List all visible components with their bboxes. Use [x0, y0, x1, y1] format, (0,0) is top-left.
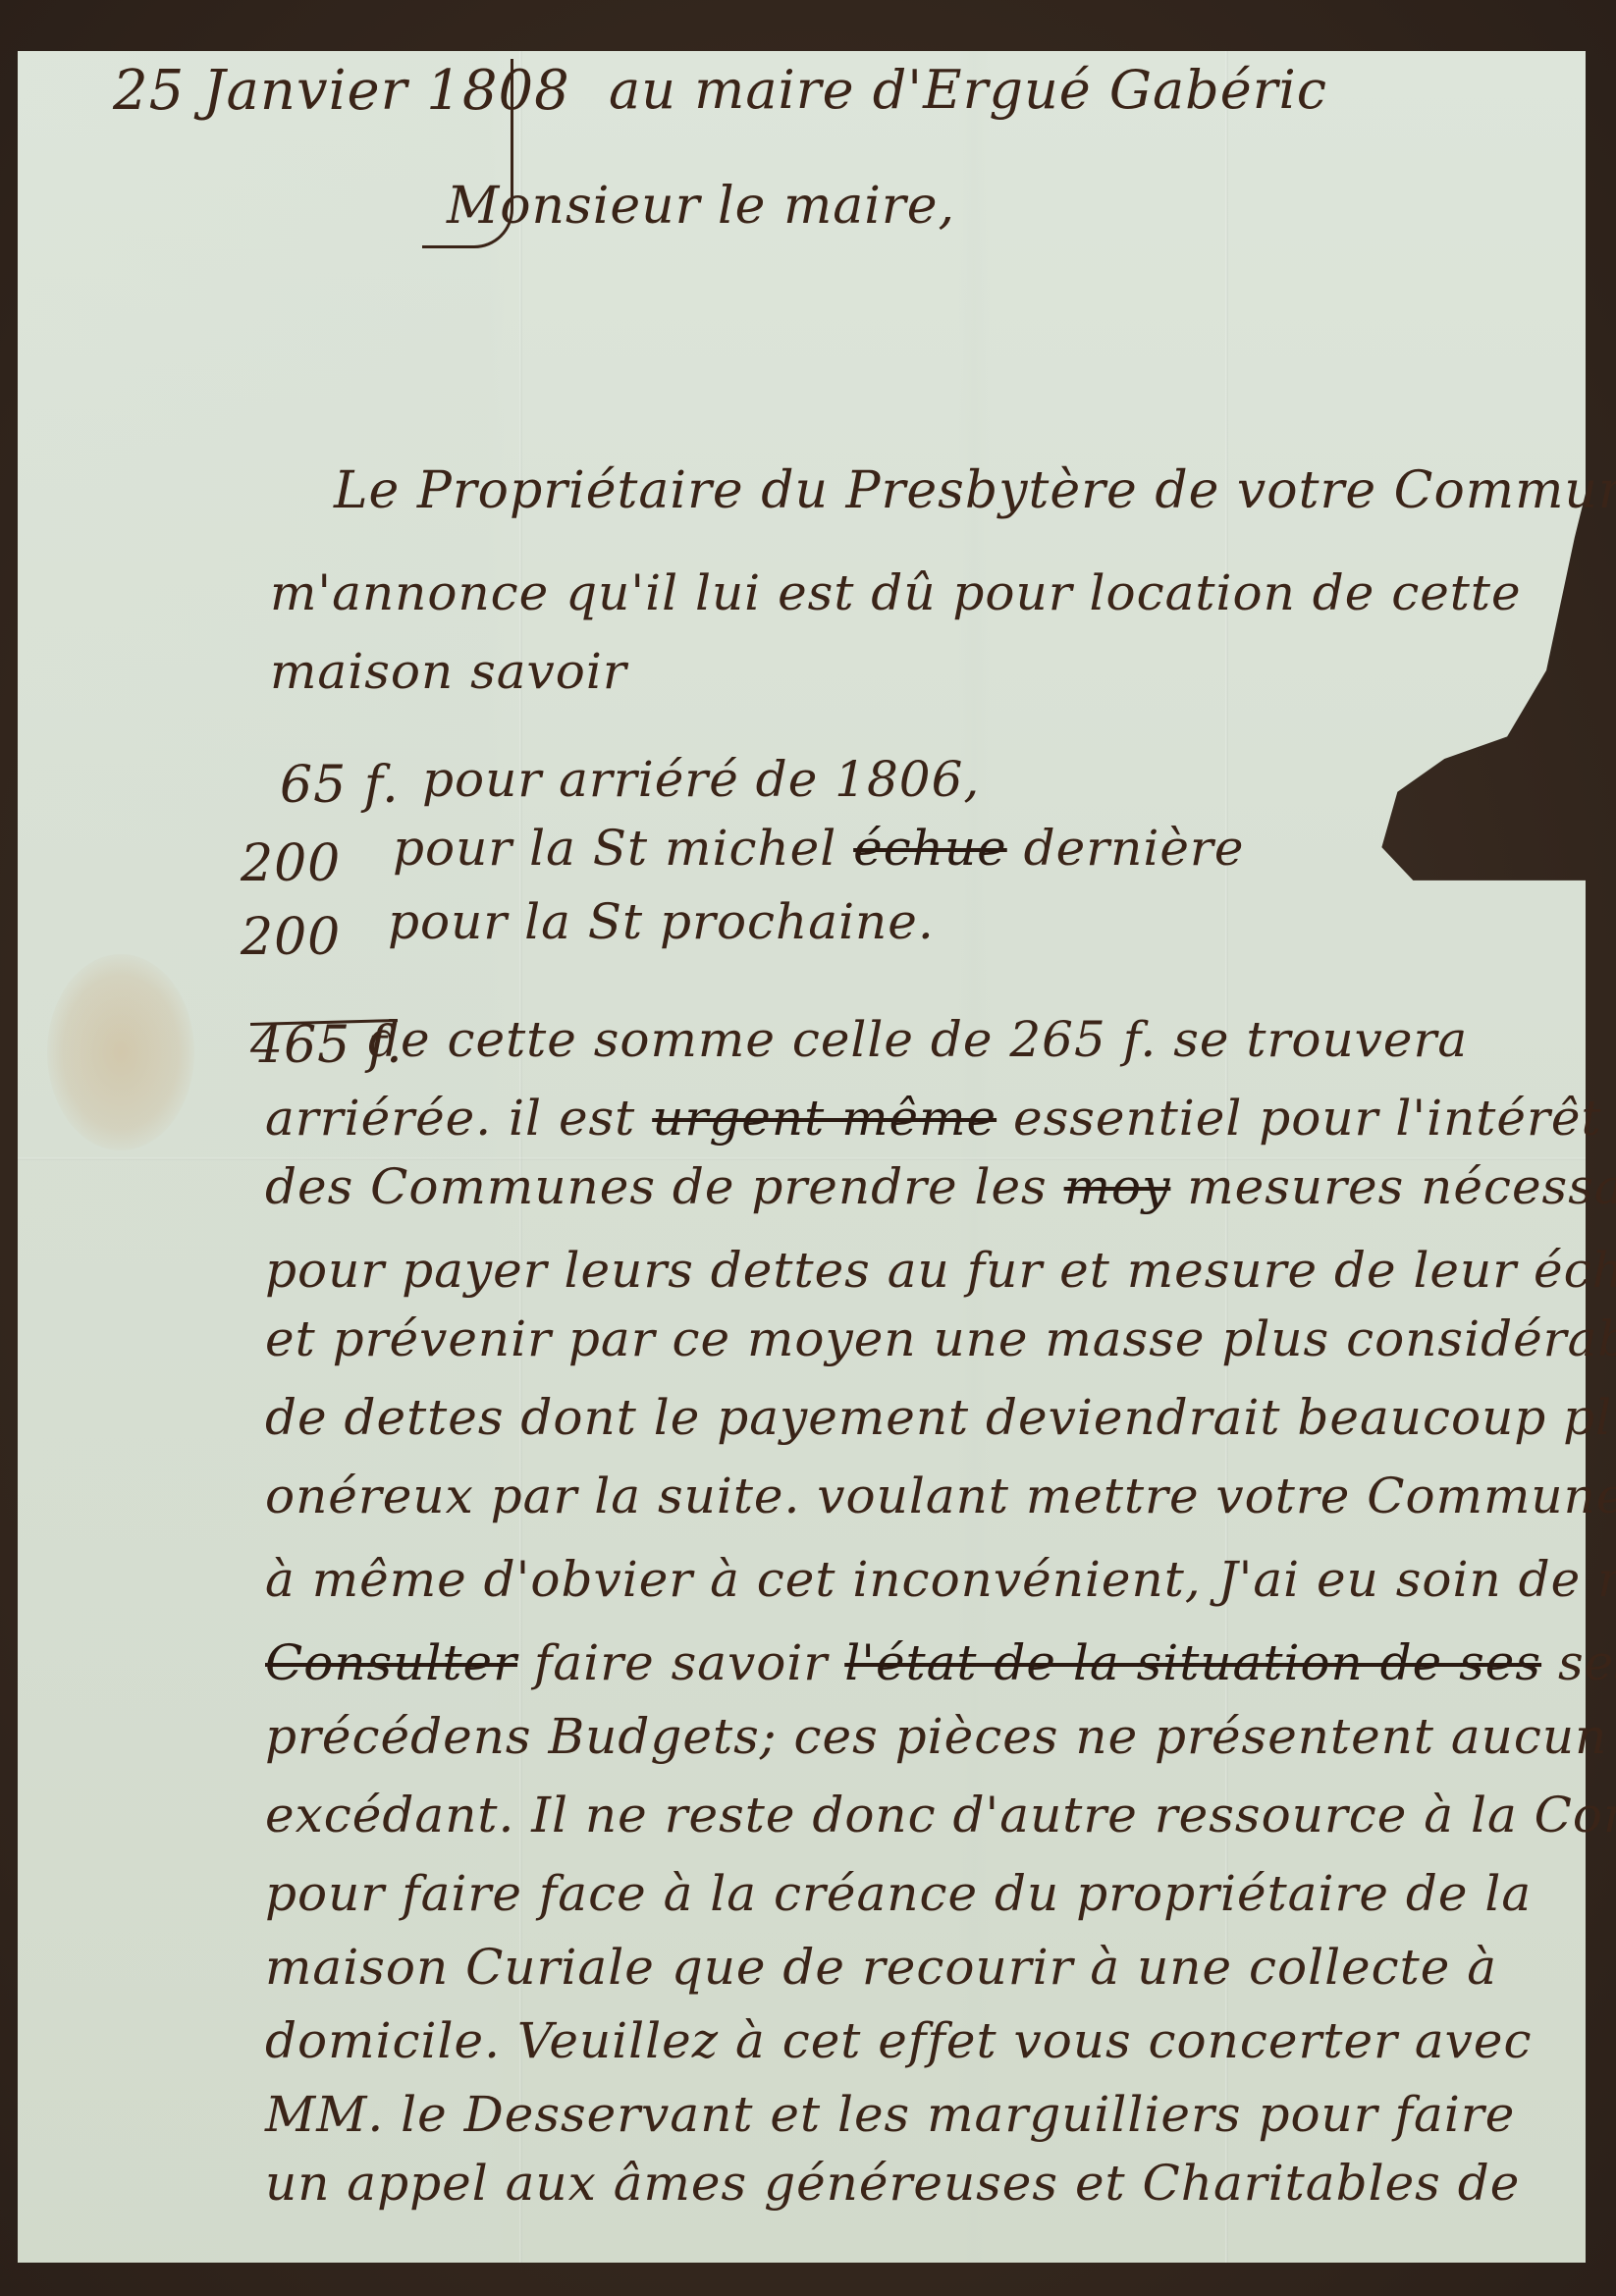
account-text-2-before: pour la St michel: [393, 820, 836, 877]
body-line: excédant. Il ne reste donc d'autre resso…: [265, 1787, 1616, 1843]
body-text: maison Curiale que de recourir à une col…: [265, 1939, 1497, 1996]
body-text: onéreux par la suite. voulant mettre vot…: [265, 1468, 1616, 1524]
letter-paper: [18, 51, 1586, 2263]
body-text: à même d'obvier à cet inconvénient, J'ai…: [265, 1551, 1616, 1608]
struck-word: échue: [853, 820, 1007, 877]
opening-line-1: Le Propriétaire du Presbytère de votre C…: [334, 461, 1616, 520]
body-line: maison Curiale que de recourir à une col…: [265, 1939, 1497, 1996]
account-text-2-after: dernière: [1024, 820, 1245, 877]
body-text: un appel aux âmes généreuses et Charitab…: [265, 2155, 1520, 2212]
body-text: des Communes de prendre les: [265, 1158, 1064, 1215]
body-text: de dettes dont le payement deviendrait b…: [265, 1389, 1616, 1446]
account-text-2: pour la St michel échue dernière: [393, 820, 1244, 877]
struck-text: urgent même: [652, 1090, 997, 1147]
body-text: précédens Budgets; ces pièces ne présent…: [265, 1708, 1607, 1765]
body-text: mesures nécessaires: [1170, 1158, 1616, 1215]
opening-line-2: m'annonce qu'il lui est dû pour location…: [270, 564, 1522, 621]
letter-recipient: au maire d'Ergué Gabéric: [609, 59, 1327, 121]
struck-text: Consulter: [265, 1634, 517, 1691]
body-text: pour faire face à la créance du propriét…: [265, 1865, 1532, 1922]
water-stain: [47, 954, 194, 1150]
struck-text: moy: [1064, 1158, 1171, 1215]
struck-text: l'état de la situation de ses: [844, 1634, 1541, 1691]
account-amount-2: 200: [241, 834, 341, 893]
body-line: Consulter faire savoir l'état de la situ…: [265, 1634, 1616, 1691]
opening-line-3: maison savoir: [270, 643, 627, 700]
body-line: pour payer leurs dettes au fur et mesure…: [265, 1242, 1616, 1299]
account-text-3: pour la St prochaine.: [388, 893, 935, 950]
account-amount-1: 65 f.: [280, 756, 400, 815]
body-text: et prévenir par ce moyen une masse plus …: [265, 1310, 1616, 1367]
body-text: pour payer leurs dettes au fur et mesure…: [265, 1242, 1616, 1299]
body-text: MM. le Desservant et les marguilliers po…: [265, 2086, 1515, 2143]
body-line: à même d'obvier à cet inconvénient, J'ai…: [265, 1551, 1616, 1608]
body-line: des Communes de prendre les moy mesures …: [265, 1158, 1616, 1215]
body-text: excédant. Il ne reste donc d'autre resso…: [265, 1787, 1616, 1843]
body-text: arriérée. il est: [265, 1090, 652, 1147]
body-text: faire savoir: [517, 1634, 844, 1691]
body-text: de cette somme celle de 265 f. se trouve…: [368, 1011, 1468, 1068]
body-line: de cette somme celle de 265 f. se trouve…: [368, 1011, 1468, 1068]
body-line: MM. le Desservant et les marguilliers po…: [265, 2086, 1515, 2143]
account-text-1: pour arriéré de 1806,: [422, 751, 980, 808]
body-text: essentiel pour l'intérêt: [997, 1090, 1601, 1147]
body-line: et prévenir par ce moyen une masse plus …: [265, 1310, 1616, 1367]
body-line: de dettes dont le payement deviendrait b…: [265, 1389, 1616, 1446]
body-line: domicile. Veuillez à cet effet vous conc…: [265, 2012, 1532, 2069]
letter-salutation: Monsieur le maire,: [447, 177, 955, 236]
body-text: ses: [1541, 1634, 1616, 1691]
body-line: arriérée. il est urgent même essentiel p…: [265, 1090, 1602, 1147]
account-amount-3: 200: [241, 908, 341, 967]
body-line: onéreux par la suite. voulant mettre vot…: [265, 1468, 1616, 1524]
body-line: précédens Budgets; ces pièces ne présent…: [265, 1708, 1607, 1765]
body-line: pour faire face à la créance du propriét…: [265, 1865, 1532, 1922]
body-text: domicile. Veuillez à cet effet vous conc…: [265, 2012, 1532, 2069]
body-line: un appel aux âmes généreuses et Charitab…: [265, 2155, 1520, 2212]
